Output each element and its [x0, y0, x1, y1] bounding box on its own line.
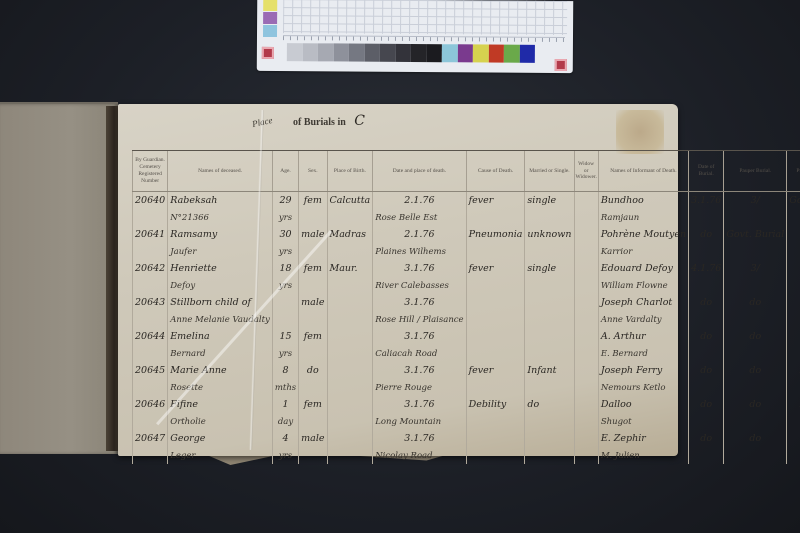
private-burial-line2 [787, 277, 800, 294]
blank [724, 209, 787, 226]
pauper-burial: 3/ [724, 192, 787, 210]
side-color-swatches [263, 0, 277, 38]
informant-name-line2: E. Bernard [598, 345, 688, 362]
blank [574, 209, 598, 226]
age: 4 [272, 430, 298, 447]
blank [327, 243, 373, 260]
place-of-birth: Madras [327, 226, 373, 243]
informant-name: E. Zephir [598, 430, 688, 447]
blank [327, 413, 373, 430]
gray-and-color-strip [287, 43, 535, 63]
table-row: 20645Marie Anne8do3.1.76feverInfantJosep… [133, 362, 800, 379]
swatch-purple [263, 12, 277, 24]
blank [133, 209, 168, 226]
blank [689, 345, 724, 362]
pauper-burial: Govt. Burial [724, 226, 787, 243]
registration-marker-right [555, 59, 567, 71]
calibration-patch [395, 44, 411, 62]
informant-name-line2: M. Julien [598, 447, 688, 464]
age-unit: yrs [272, 345, 298, 362]
blank [299, 379, 327, 396]
informant-name: Bundhoo [598, 192, 688, 210]
sex: fem [299, 396, 327, 413]
date-of-burial: do [689, 226, 724, 243]
married-or-single: unknown [525, 226, 574, 243]
column-header: Place of Birth. [327, 151, 373, 192]
blank [327, 311, 373, 328]
widow-or-widower [574, 226, 598, 243]
date-of-burial: do [689, 430, 724, 447]
title-handwritten: C [354, 113, 365, 129]
blank [574, 277, 598, 294]
calibration-patch [364, 44, 380, 62]
calibration-patch [302, 43, 318, 61]
calibration-grid [283, 0, 567, 35]
column-header: Widow or Widower. [574, 151, 598, 192]
registration-marker-left [262, 47, 274, 59]
blank [466, 243, 525, 260]
deceased-name: Marie Anne [168, 362, 273, 379]
informant-name-line2: Shugot [598, 413, 688, 430]
register-number: 20642 [133, 260, 168, 277]
table-row: 20642Henriette18femMaur.3.1.76feversingl… [133, 260, 800, 277]
age-unit: day [272, 413, 298, 430]
blank [724, 345, 787, 362]
informant-name: A. Arthur [598, 328, 688, 345]
column-header: Names of Informant of Death. [598, 151, 688, 192]
blank [299, 311, 327, 328]
private-burial-line2 [787, 379, 800, 396]
deceased-name-line2: Leger [168, 447, 273, 464]
blank [327, 209, 373, 226]
blank [133, 243, 168, 260]
blank [299, 345, 327, 362]
pauper-burial: do [724, 362, 787, 379]
private-burial-line2 [787, 311, 800, 328]
married-or-single [525, 328, 574, 345]
column-header: Married or Single. [525, 151, 574, 192]
blank [689, 447, 724, 464]
blank [689, 277, 724, 294]
date-of-death: 3.1.76 [373, 260, 466, 277]
widow-or-widower [574, 294, 598, 311]
blank [133, 379, 168, 396]
widow-or-widower [574, 192, 598, 210]
blank [689, 379, 724, 396]
place-of-birth [327, 294, 373, 311]
blank [466, 379, 525, 396]
calibration-patch [349, 44, 365, 62]
cause-of-death: Pneumonia [466, 226, 525, 243]
register-number: 20646 [133, 396, 168, 413]
column-header: Cause of Death. [466, 151, 525, 192]
married-or-single: single [525, 192, 574, 210]
date-of-death: 3.1.76 [373, 328, 466, 345]
blank [525, 243, 574, 260]
date-of-burial: 3.1.76 [689, 192, 724, 210]
blank [724, 311, 787, 328]
blank [525, 209, 574, 226]
table-row-continuation: DefoyyrsRiver CalebassesWilliam FlowneG1… [133, 277, 800, 294]
informant-name-line2: William Flowne [598, 277, 688, 294]
blank [574, 379, 598, 396]
place-of-birth [327, 396, 373, 413]
table-row: 20640Rabeksah29femCalcutta2.1.76feversin… [133, 192, 800, 210]
blank [133, 311, 168, 328]
cause-of-death: fever [466, 362, 525, 379]
age: 29 [272, 192, 298, 210]
place-of-birth [327, 362, 373, 379]
place-of-death: River Calebasses [373, 277, 466, 294]
table-row: 20646Fifine1fem3.1.76DebilitydoDalloodod… [133, 396, 800, 413]
blank [724, 277, 787, 294]
place-of-death: Plaines Wilhems [373, 243, 466, 260]
date-of-burial: do [689, 396, 724, 413]
private-burial-line2 [787, 413, 800, 430]
place-of-birth: Maur. [327, 260, 373, 277]
private-burial: Govt paid [787, 192, 800, 210]
date-of-burial: do [689, 362, 724, 379]
private-burial-line2: 4/76 [787, 243, 800, 260]
date-of-burial: 4.1.76 [689, 260, 724, 277]
sex: do [299, 362, 327, 379]
deceased-name: Emelina [168, 328, 273, 345]
pauper-burial: do [724, 328, 787, 345]
column-header: Date of Burial. [689, 151, 724, 192]
age: 1 [272, 396, 298, 413]
age [272, 294, 298, 311]
informant-name: Pohrène Moutyen [598, 226, 688, 243]
column-header: Age. [272, 151, 298, 192]
blank [525, 277, 574, 294]
informant-name-line2: Ramjaun [598, 209, 688, 226]
cause-of-death: fever [466, 260, 525, 277]
cause-of-death [466, 294, 525, 311]
age-unit [272, 311, 298, 328]
blank [724, 413, 787, 430]
pauper-burial: do [724, 396, 787, 413]
blank [299, 277, 327, 294]
blank [525, 379, 574, 396]
widow-or-widower [574, 328, 598, 345]
calibration-patch [504, 45, 520, 63]
calibration-patch [488, 45, 504, 63]
cause-of-death [466, 430, 525, 447]
private-burial: 9/76 [787, 260, 800, 277]
deceased-name-line2: Ortholie [168, 413, 273, 430]
informant-name-line2: Nemours Ketlo [598, 379, 688, 396]
column-header: By Guardian. Cemetery Registered Number [133, 151, 168, 192]
date-of-death: 2.1.76 [373, 192, 466, 210]
blank [466, 277, 525, 294]
blank [466, 209, 525, 226]
blank [574, 345, 598, 362]
calibration-patch [333, 43, 349, 61]
deceased-name: George [168, 430, 273, 447]
age-unit: yrs [272, 209, 298, 226]
blank [689, 413, 724, 430]
pauper-burial: do [724, 294, 787, 311]
informant-name: Joseph Ferry [598, 362, 688, 379]
register-number: 20641 [133, 226, 168, 243]
calibration-patch [442, 44, 458, 62]
cause-of-death: fever [466, 192, 525, 210]
calibration-patch [318, 43, 334, 61]
married-or-single [525, 430, 574, 447]
blank [689, 311, 724, 328]
informant-name-line2: Karrior [598, 243, 688, 260]
date-of-death: 3.1.76 [373, 430, 466, 447]
water-stain [616, 110, 664, 154]
blank [724, 447, 787, 464]
informant-name-line2: Anne Vardalty [598, 311, 688, 328]
column-header: Private Burial. [787, 151, 800, 192]
informant-name: Dalloo [598, 396, 688, 413]
column-header: Pauper Burial. [724, 151, 787, 192]
column-header: Names of deceased. [168, 151, 273, 192]
place-of-death: Nicolay Road [373, 447, 466, 464]
register-number: 20640 [133, 192, 168, 210]
blank [327, 379, 373, 396]
blank [299, 209, 327, 226]
column-header: Date and place of death. [373, 151, 466, 192]
place-of-death: Caliacah Road [373, 345, 466, 362]
blank [525, 345, 574, 362]
blank [466, 447, 525, 464]
blank [525, 413, 574, 430]
married-or-single: do [525, 396, 574, 413]
register-number: 20647 [133, 430, 168, 447]
widow-or-widower [574, 396, 598, 413]
private-burial-line2 [787, 447, 800, 464]
table-header-row: By Guardian. Cemetery Registered NumberN… [133, 151, 800, 192]
blank [299, 447, 327, 464]
sex: fem [299, 328, 327, 345]
age: 30 [272, 226, 298, 243]
date-of-death: 3.1.76 [373, 294, 466, 311]
place-of-death: Pierre Rouge [373, 379, 466, 396]
blank [525, 447, 574, 464]
table-row-continuation: Anne Melanie VaudaltyRose Hill / Plaisan… [133, 311, 800, 328]
date-of-burial: do [689, 294, 724, 311]
blank [574, 413, 598, 430]
swatch-yellow [263, 0, 277, 11]
place-of-death: Long Mountain [373, 413, 466, 430]
age-unit: yrs [272, 447, 298, 464]
calibration-patch [287, 43, 303, 61]
cause-of-death: Debility [466, 396, 525, 413]
blank [466, 311, 525, 328]
blank [525, 311, 574, 328]
pauper-burial: 3/ [724, 260, 787, 277]
widow-or-widower [574, 430, 598, 447]
age: 8 [272, 362, 298, 379]
table-row-continuation: OrtholiedayLong MountainShugotG22T [133, 413, 800, 430]
place-of-death: Rose Hill / Plaisance [373, 311, 466, 328]
blank [327, 447, 373, 464]
blank [724, 379, 787, 396]
private-burial: 10/76 [787, 362, 800, 379]
blank [574, 447, 598, 464]
married-or-single [525, 294, 574, 311]
blank [299, 413, 327, 430]
widow-or-widower [574, 362, 598, 379]
blank [327, 345, 373, 362]
place-of-death: Rose Belle Est [373, 209, 466, 226]
book-front-cover [0, 102, 118, 454]
date-of-burial: do [689, 328, 724, 345]
calibration-patch [457, 44, 473, 62]
private-burial-line2 [787, 345, 800, 362]
register-number: 20643 [133, 294, 168, 311]
calibration-patch [519, 45, 535, 63]
age: 15 [272, 328, 298, 345]
column-header: Sex. [299, 151, 327, 192]
blank [689, 209, 724, 226]
register-number: 20644 [133, 328, 168, 345]
register-title: Place of Burials in C [252, 113, 365, 129]
swatch-cyan [263, 25, 277, 37]
age-unit: yrs [272, 243, 298, 260]
table-row: 20643Stillborn child ofmale3.1.76Joseph … [133, 294, 800, 311]
private-burial: 1/76 [787, 294, 800, 311]
blank [574, 311, 598, 328]
blank [327, 277, 373, 294]
table-row-continuation: N°21366yrsRose Belle EstRamjaunG16C [133, 209, 800, 226]
blank [133, 277, 168, 294]
date-of-death: 3.1.76 [373, 396, 466, 413]
blank [574, 243, 598, 260]
blank [689, 243, 724, 260]
deceased-name: Fifine [168, 396, 273, 413]
sex: male [299, 430, 327, 447]
date-of-death: 2.1.76 [373, 226, 466, 243]
blank [466, 345, 525, 362]
age-unit: mths [272, 379, 298, 396]
calibration-patch [411, 44, 427, 62]
burial-register-table: By Guardian. Cemetery Registered NumberN… [132, 150, 800, 464]
cause-of-death [466, 328, 525, 345]
place-of-birth [327, 430, 373, 447]
color-calibration-card [257, 0, 573, 73]
calibration-patch [426, 44, 442, 62]
informant-name: Joseph Charlot [598, 294, 688, 311]
place-of-birth: Calcutta [327, 192, 373, 210]
title-text: of Burials in [293, 117, 346, 128]
table-row-continuation: RosettemthsPierre RougeNemours KetloG21T [133, 379, 800, 396]
private-burial: 13 [787, 328, 800, 345]
table-row-continuation: LegeryrsNicolay RoadM. JulienG24T [133, 447, 800, 464]
widow-or-widower [574, 260, 598, 277]
married-or-single: Infant [525, 362, 574, 379]
sex: fem [299, 192, 327, 210]
married-or-single: single [525, 260, 574, 277]
private-burial: 15 [787, 430, 800, 447]
calibration-patch [380, 44, 396, 62]
table-row: 20647George4male3.1.76E. Zephirdodo15R33 [133, 430, 800, 447]
table-row-continuation: JauferyrsPlaines WilhemsKarrior4/76G16C [133, 243, 800, 260]
pauper-burial: do [724, 430, 787, 447]
private-burial: 5/76 [787, 226, 800, 243]
informant-name: Edouard Defoy [598, 260, 688, 277]
private-burial: 11/76 [787, 396, 800, 413]
private-burial-line2 [787, 209, 800, 226]
place-of-birth [327, 328, 373, 345]
table-row: 20641Ramsamy30maleMadras2.1.76Pneumoniau… [133, 226, 800, 243]
blank [724, 243, 787, 260]
calibration-patch [473, 44, 489, 62]
table-row-continuation: BernardyrsCaliacah RoadE. BernardG20T [133, 345, 800, 362]
blank [133, 345, 168, 362]
register-number: 20645 [133, 362, 168, 379]
blank [133, 447, 168, 464]
blank [466, 413, 525, 430]
date-of-death: 3.1.76 [373, 362, 466, 379]
sex: male [299, 294, 327, 311]
